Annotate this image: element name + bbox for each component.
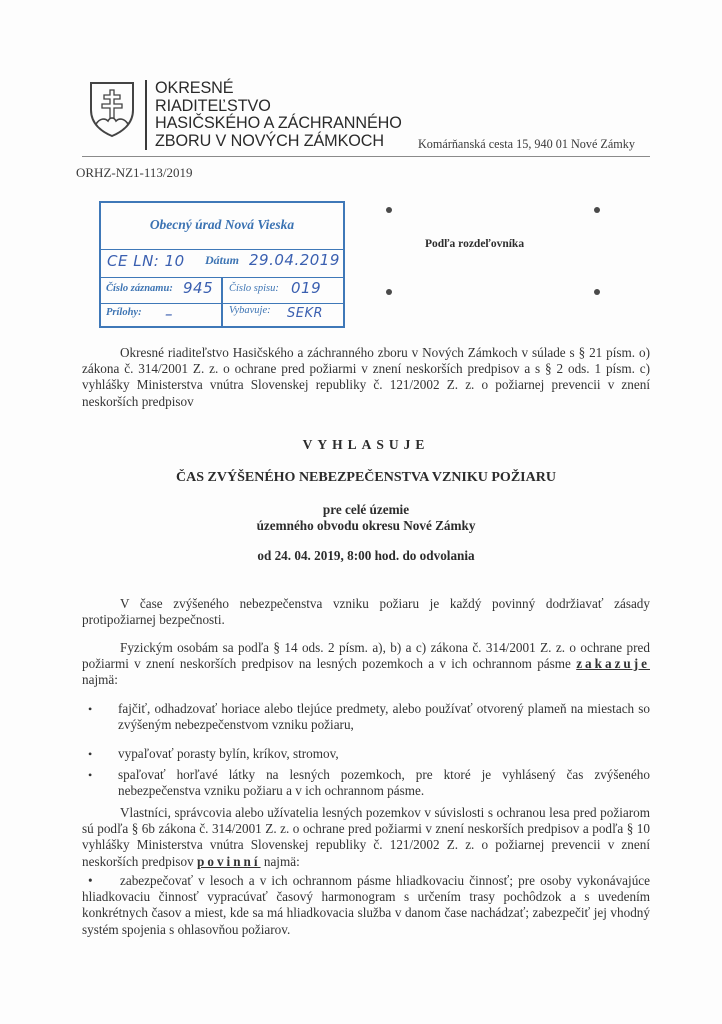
header-divider (145, 80, 147, 150)
persons-paragraph-suffix: najmä: (82, 672, 118, 687)
persons-paragraph-text: Fyzickým osobám sa podľa § 14 ods. 2 pís… (82, 640, 650, 671)
stamp-row-title: Obecný úrad Nová Vieska (101, 203, 343, 250)
window-marker (386, 289, 392, 295)
org-line: OKRESNÉ (155, 80, 402, 98)
emphasis-obliged: povinní (197, 854, 261, 869)
declaration-scope-line1: pre celé územie (82, 502, 650, 518)
stamp-row-date: CE LN: 10 Dátum 29.04.2019 (101, 249, 343, 278)
declaration-scope-line2: územného obvodu okresu Nové Zámky (82, 518, 650, 534)
bullet-icon: • (82, 873, 120, 889)
owners-paragraph-suffix: najmä: (261, 854, 300, 869)
stamp-row-attachments: Prílohy: – Vybavuje: SEKR (101, 303, 343, 326)
prohibited-item: • fajčiť, odhadzovať horiace alebo tlejú… (82, 701, 650, 733)
org-line: HASIČSKÉHO A ZÁCHRANNÉHO (155, 115, 402, 133)
stamp-file-value: 019 (291, 279, 321, 297)
window-marker (386, 207, 392, 213)
declaration-title: ČAS ZVÝŠENÉHO NEBEZPEČENSTVA VZNIKU POŽI… (82, 470, 650, 486)
bullet-icon: • (88, 746, 92, 762)
declaration-period: od 24. 04. 2019, 8:00 hod. do odvolania (82, 548, 650, 564)
duty-paragraph: V čase zvýšeného nebezpečenstva vzniku p… (82, 596, 650, 628)
persons-paragraph: Fyzickým osobám sa podľa § 14 ods. 2 pís… (82, 640, 650, 689)
stamp-handled-by-value: SEKR (287, 306, 323, 321)
prohibited-item: • spaľovať horľavé látky na lesných poze… (82, 767, 650, 799)
stamp-file-label: Číslo spisu: (229, 283, 279, 294)
bullet-icon: • (88, 701, 92, 717)
stamp-attachments-value: – (165, 305, 173, 323)
bullet-icon: • (88, 767, 92, 783)
window-marker (594, 207, 600, 213)
stamp-record-label: Číslo záznamu: (106, 283, 173, 294)
organization-address: Komárňanská cesta 15, 940 01 Nové Zámky (418, 137, 635, 152)
slovak-coat-of-arms-icon (88, 80, 136, 138)
prohibited-item-text: spaľovať horľavé látky na lesných pozemk… (118, 767, 650, 799)
org-line: ZBORU V NOVÝCH ZÁMKOCH (155, 133, 402, 151)
stamp-date-label: Dátum (205, 253, 239, 268)
prohibited-item: • vypaľovať porasty bylín, kríkov, strom… (82, 746, 650, 762)
stamp-date-value: 29.04.2019 (249, 251, 340, 269)
stamp-attachments-label: Prílohy: (106, 307, 142, 318)
header-rule (82, 156, 650, 157)
registry-stamp: Obecný úrad Nová Vieska CE LN: 10 Dátum … (99, 201, 345, 328)
recipient: Podľa rozdeľovníka (425, 238, 524, 250)
stamp-title: Obecný úrad Nová Vieska (101, 217, 343, 233)
prohibited-item-text: fajčiť, odhadzovať horiace alebo tlejúce… (118, 701, 650, 733)
declaration-verb: VYHLASUJE (82, 437, 650, 453)
org-line: RIADITEĽSTVO (155, 98, 402, 116)
stamp-handled-by-label: Vybavuje: (229, 305, 271, 316)
intro-paragraph: Okresné riaditeľstvo Hasičského a záchra… (82, 345, 650, 410)
organization-name: OKRESNÉ RIADITEĽSTVO HASIČSKÉHO A ZÁCHRA… (155, 80, 402, 150)
window-marker (594, 289, 600, 295)
obligation-item-text: zabezpečovať v lesoch a v ich ochrannom … (82, 873, 650, 937)
owners-paragraph-text: Vlastníci, správcovia alebo užívatelia l… (82, 805, 650, 869)
emphasis-prohibits: zakazuje (576, 656, 650, 671)
prohibited-item-text: vypaľovať porasty bylín, kríkov, stromov… (118, 746, 650, 762)
stamp-record-value: 945 (183, 279, 213, 297)
owners-paragraph: Vlastníci, správcovia alebo užívatelia l… (82, 805, 650, 870)
reference-number: ORHZ-NZ1-113/2019 (76, 165, 193, 181)
obligation-item: •zabezpečovať v lesoch a v ich ochrannom… (82, 873, 650, 938)
stamp-handwritten-code: CE LN: 10 (107, 252, 185, 270)
